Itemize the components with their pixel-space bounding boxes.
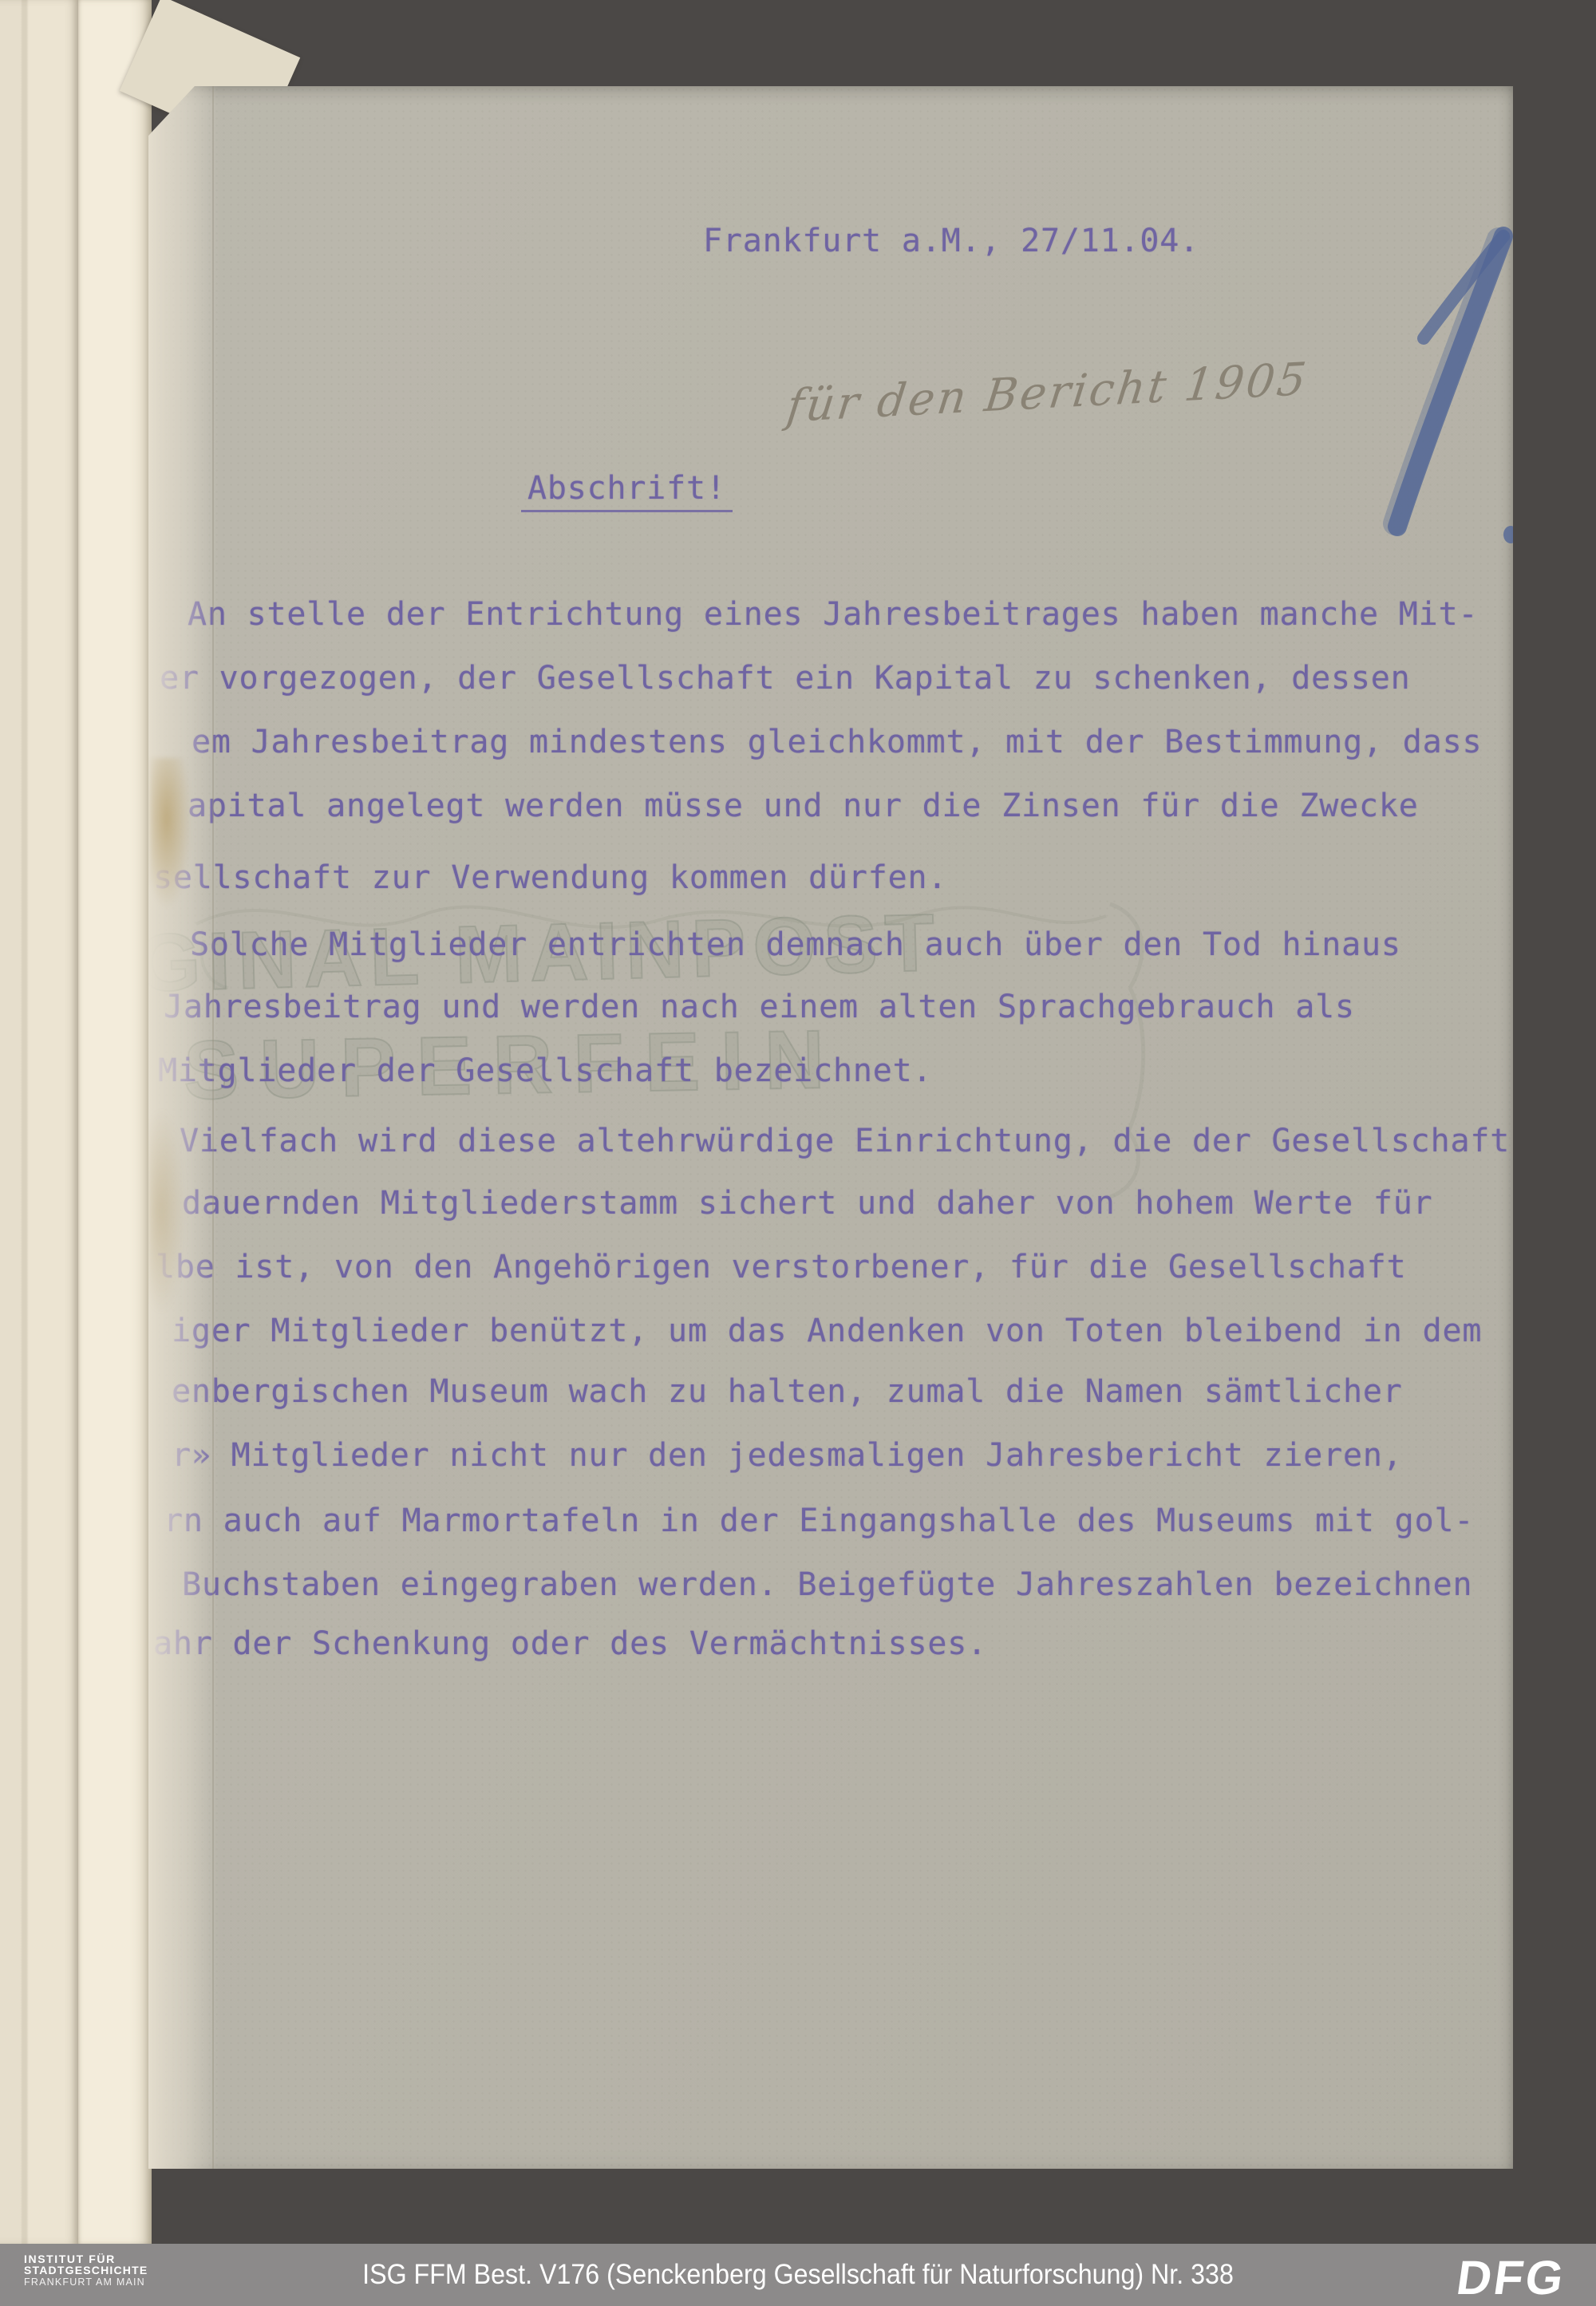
adhesive-stain bbox=[150, 758, 192, 910]
body-line: Mitglieder der Gesellschaft bezeichnet. bbox=[158, 1053, 932, 1088]
isg-logo-line1: INSTITUT FÜR bbox=[24, 2253, 148, 2265]
body-line: em Jahresbeitrag mindestens gleichkommt,… bbox=[192, 725, 1482, 760]
body-line: Jahresbeitrag und werden nach einem alte… bbox=[164, 989, 1355, 1025]
body-line: iger Mitglieder benützt, um das Andenken… bbox=[172, 1313, 1482, 1348]
binding-strip-outer bbox=[0, 0, 78, 2244]
body-line: sellschaft zur Verwendung kommen dürfen. bbox=[153, 860, 947, 895]
body-line: An stelle der Entrichtung eines Jahresbe… bbox=[188, 597, 1478, 632]
adhesive-stain bbox=[148, 1108, 185, 1315]
body-line: apital angelegt werden müsse und nur die… bbox=[188, 788, 1419, 823]
scanned-archive-page: { "document": { "date_line": "Frankfurt … bbox=[0, 0, 1596, 2306]
isg-logo: INSTITUT FÜR STADTGESCHICHTE FRANKFURT A… bbox=[24, 2253, 148, 2288]
body-line: r» Mitglieder nicht nur den jedesmaligen… bbox=[172, 1438, 1403, 1473]
crayon-number-one bbox=[1218, 150, 1513, 581]
body-line: Buchstaben eingegraben werden. Beigefügt… bbox=[182, 1567, 1472, 1602]
body-line: er vorgezogen, der Gesellschaft ein Kapi… bbox=[160, 661, 1411, 696]
date-line: Frankfurt a.M., 27/11.04. bbox=[703, 223, 1199, 259]
body-line: rn auch auf Marmortafeln in der Eingangs… bbox=[164, 1503, 1474, 1538]
body-line: lbe ist, von den Angehörigen verstorbene… bbox=[156, 1250, 1407, 1285]
body-line: dauernden Mitgliederstamm sichert und da… bbox=[182, 1186, 1433, 1221]
caption-bar: INSTITUT FÜR STADTGESCHICHTE FRANKFURT A… bbox=[0, 2244, 1596, 2306]
body-line: Solche Mitglieder entrichten demnach auc… bbox=[190, 927, 1401, 962]
body-line: ahr der Schenkung oder des Vermächtnisse… bbox=[153, 1626, 987, 1661]
isg-logo-line3: FRANKFURT AM MAIN bbox=[24, 2276, 148, 2288]
isg-logo-line2: STADTGESCHICHTE bbox=[24, 2265, 148, 2276]
archive-reference: ISG FFM Best. V176 (Senckenberg Gesellsc… bbox=[362, 2259, 1234, 2291]
binding-strip-inner bbox=[78, 0, 152, 2244]
body-line: Vielfach wird diese altehrwürdige Einric… bbox=[180, 1123, 1510, 1159]
dfg-logo: DFG bbox=[1453, 2250, 1569, 2305]
document-page: GINAL MAINPOST SUPERFEIN Frankfurt a.M.,… bbox=[148, 86, 1513, 2169]
body-line: enbergischen Museum wach zu halten, zuma… bbox=[172, 1374, 1403, 1409]
heading-text: Abschrift! bbox=[521, 471, 733, 512]
document-heading: Abschrift! bbox=[527, 471, 733, 512]
